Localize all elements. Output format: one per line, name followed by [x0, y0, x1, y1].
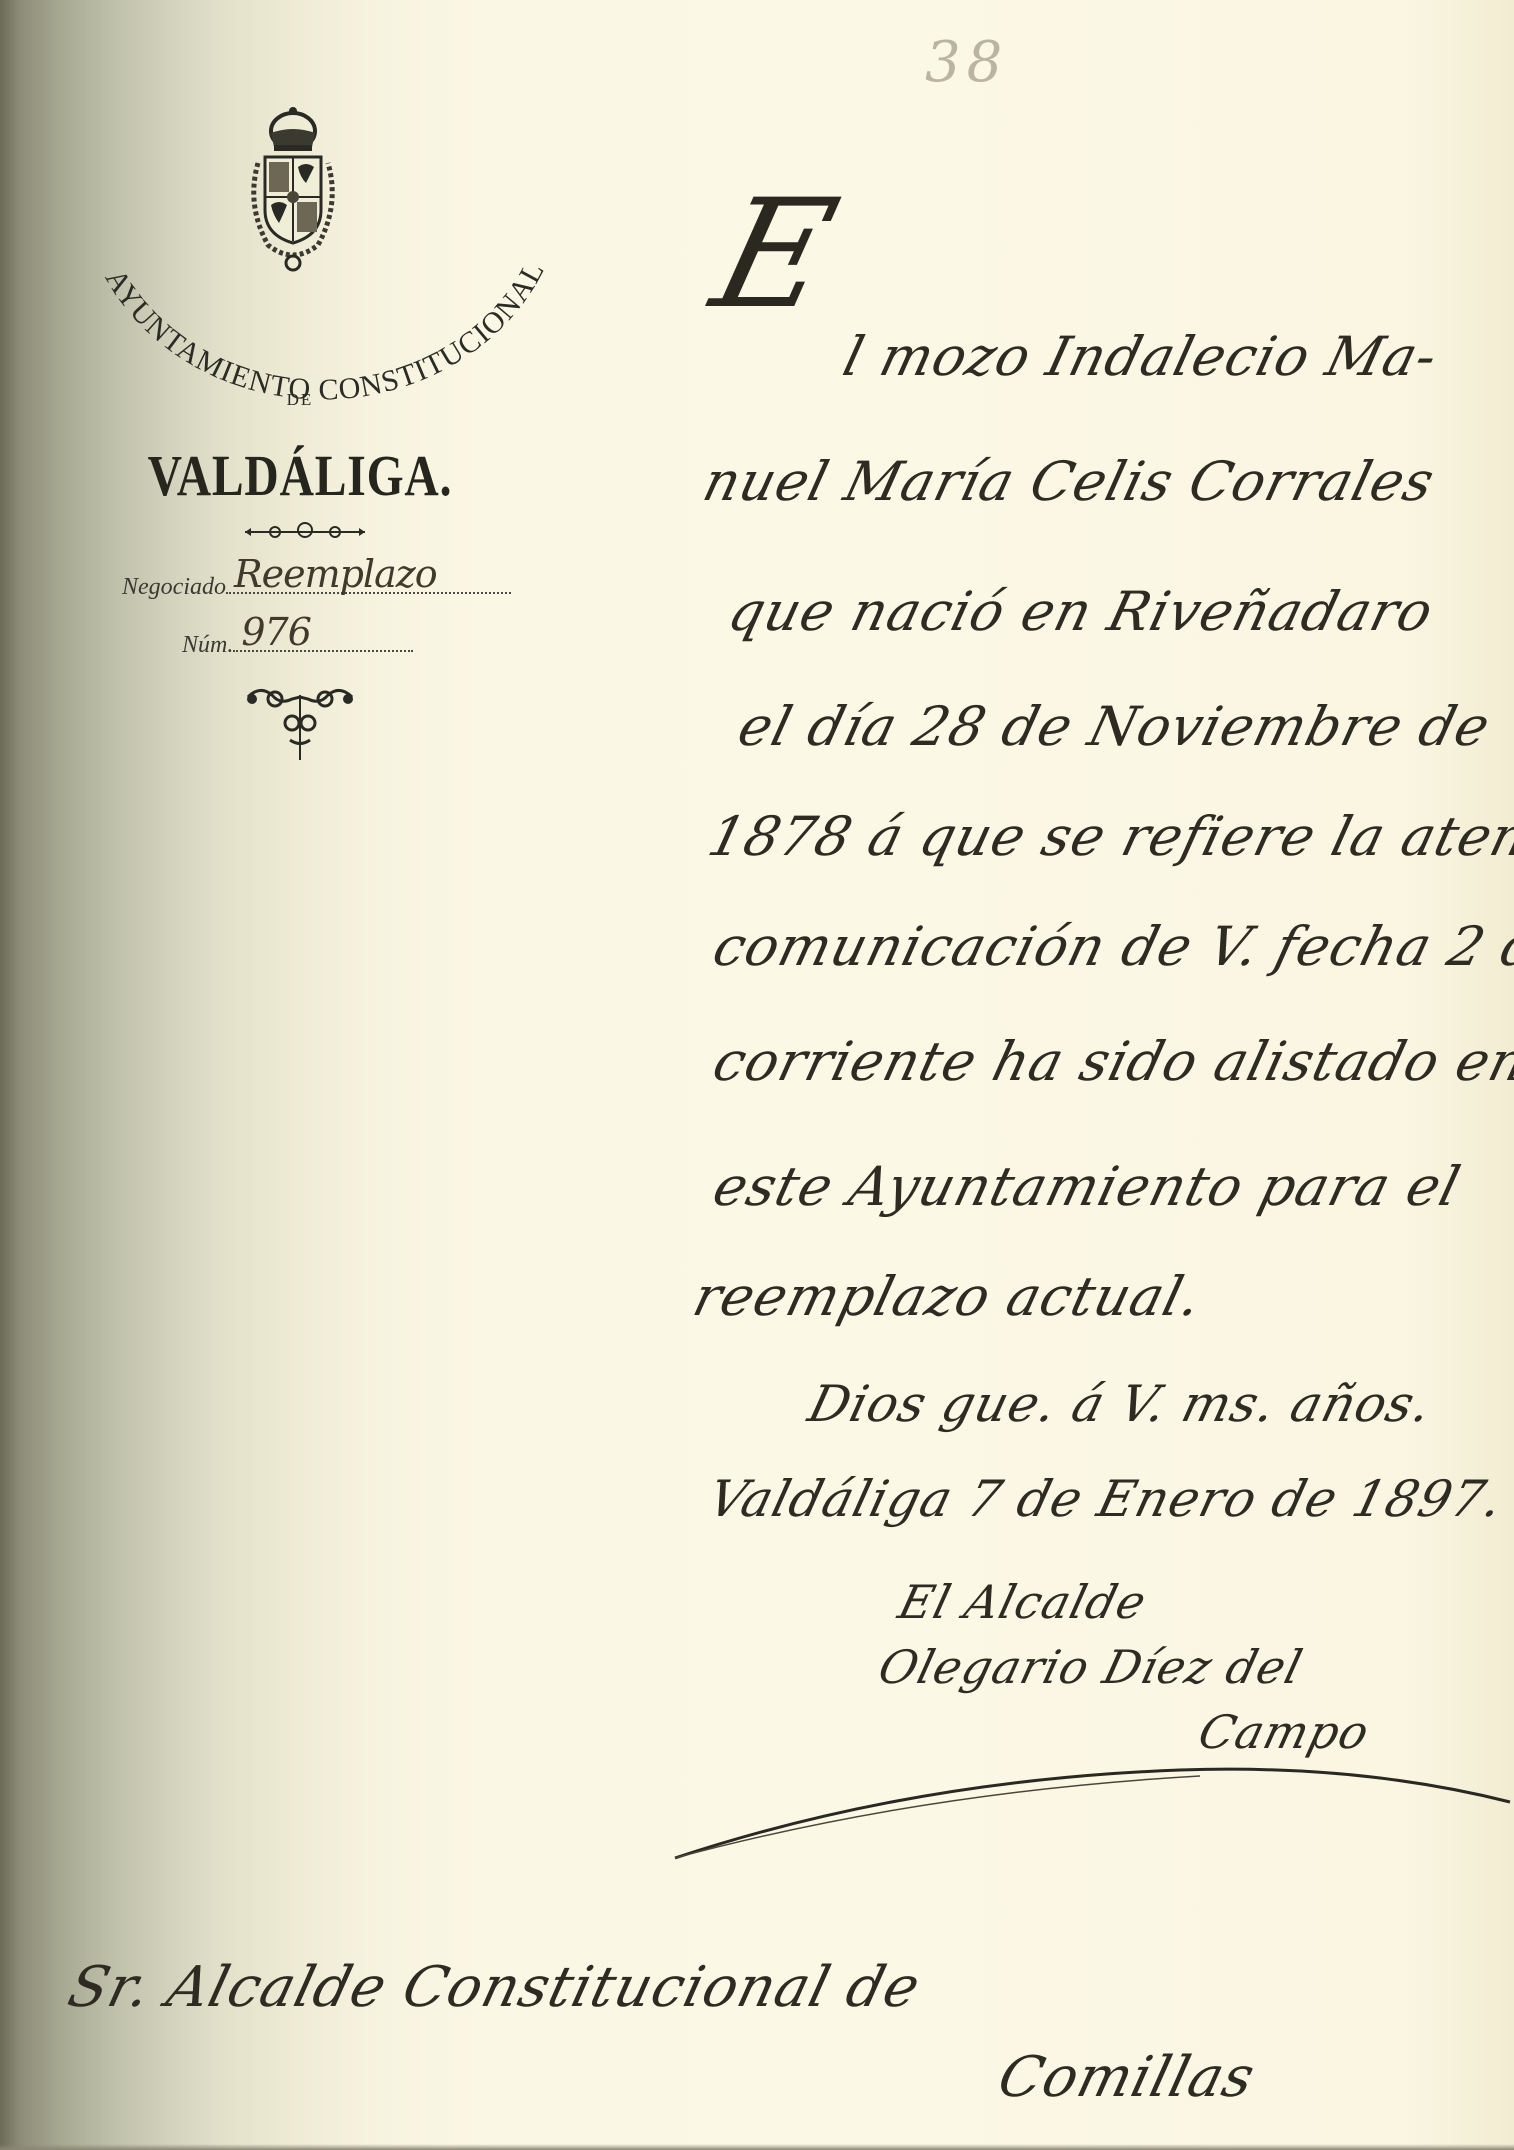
letter-line-4: el día 28 de Noviembre de — [732, 695, 1497, 758]
folio-number: 38 — [925, 30, 1008, 95]
negociado-field: Negociado Reemplazo — [122, 570, 511, 601]
letter-line-3: que nació en Riveñadaro — [722, 580, 1440, 643]
signer-title: El Alcalde — [893, 1575, 1152, 1629]
num-value: 976 — [241, 610, 311, 654]
num-field: Núm. 976 — [182, 628, 413, 659]
letter-place-date: Valdáliga 7 de Enero de 1897. — [703, 1470, 1509, 1528]
num-label: Núm. — [182, 632, 233, 659]
coat-of-arms-icon — [238, 105, 348, 275]
negociado-label: Negociado — [122, 574, 226, 601]
letter-line-8: este Ayuntamiento para el — [707, 1155, 1467, 1218]
letterhead-town-name: VALDÁLIGA. — [103, 442, 497, 509]
svg-text:AYUNTAMIENTO CONSTITUCIONAL: AYUNTAMIENTO CONSTITUCIONAL — [99, 256, 551, 407]
letter-line-2: nuel María Celis Corrales — [697, 450, 1441, 513]
letter-line-5: 1878 á que se refiere la atenta — [702, 805, 1514, 868]
signature-flourish-icon — [660, 1740, 1514, 1870]
letter-line-6: comunicación de V. fecha 2 del — [707, 915, 1514, 978]
letterhead: AYUNTAMIENTO CONSTITUCIONAL DE VALDÁLIGA… — [60, 90, 580, 790]
letter-closing: Dios gue. á V. ms. años. — [803, 1375, 1438, 1433]
addressee-line: Sr. Alcalde Constitucional de — [62, 1955, 927, 2020]
letter-line-1: l mozo Indalecio Ma- — [837, 325, 1444, 388]
letterhead-de: DE — [60, 390, 540, 410]
negociado-value: Reemplazo — [234, 552, 437, 596]
letter-line-9: reemplazo actual. — [687, 1265, 1208, 1328]
addressee-town: Comillas — [992, 2045, 1262, 2110]
page-bottom-edge — [0, 2144, 1514, 2150]
ornament-divider-icon — [245, 522, 365, 542]
letter-line-7: corriente ha sido alistado en — [707, 1030, 1514, 1093]
signer-name-line-1: Olegario Díez del — [873, 1640, 1308, 1694]
ornament-scroll-icon — [240, 685, 360, 765]
letter-initial: E — [701, 180, 849, 330]
